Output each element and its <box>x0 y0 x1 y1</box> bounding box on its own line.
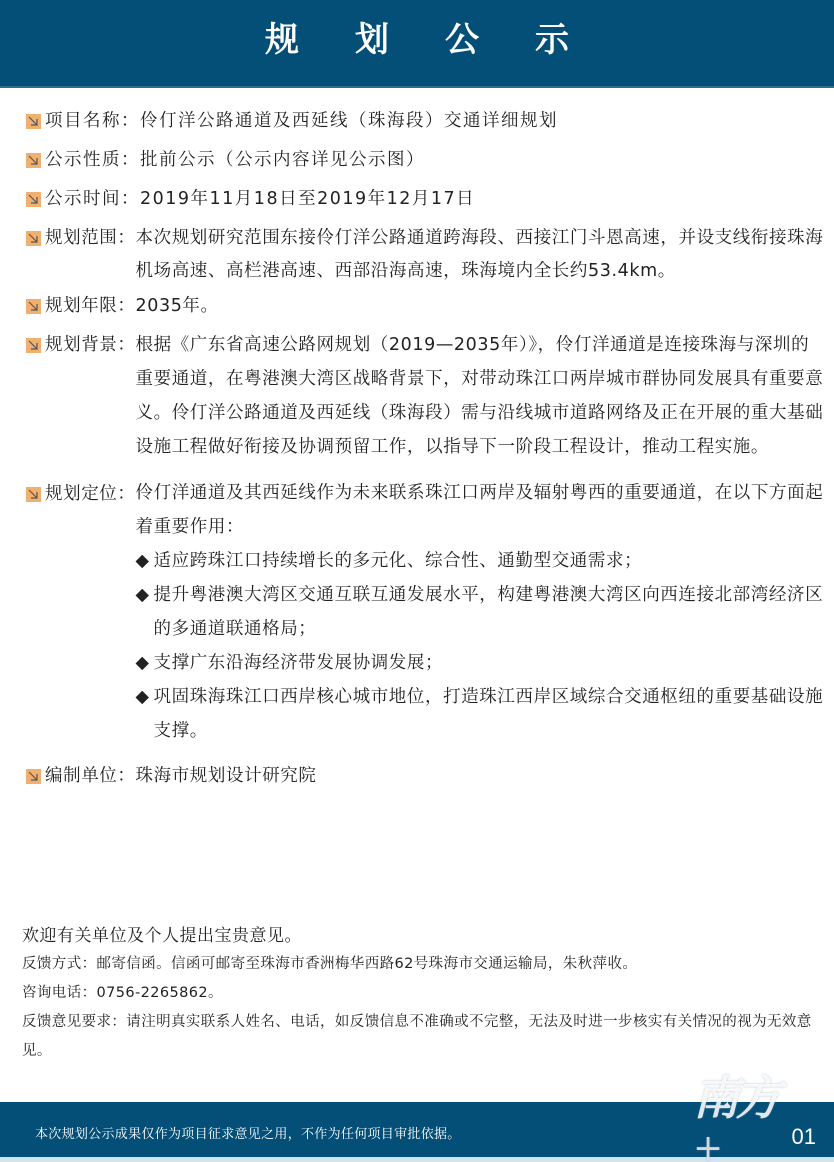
item-value-block: 伶仃洋通道及其西延线作为未来联系珠江口两岸及辐射粤西的重要通道，在以下方面起着重… <box>136 476 827 748</box>
item-value: 珠海市规划设计研究院 <box>136 758 827 794</box>
bullet-item: ◆ 巩固珠海珠江口西岸核心城市地位，打造珠江西岸区域综合交通枢纽的重要基础设施支… <box>136 680 827 748</box>
bullet-text: 适应跨珠江口持续增长的多元化、综合性、通勤型交通需求； <box>154 544 827 578</box>
arrow-marker-icon <box>26 769 41 784</box>
plus-icon: + <box>693 1128 719 1162</box>
item-planning-scope: 规划范围： 本次规划研究范围东接伶仃洋公路通道跨海段、西接江门斗恩高速，并设支线… <box>26 220 826 288</box>
item-value: 根据《广东省高速公路网规划（2019—2035年）》，伶仃洋通道是连接珠海与深圳… <box>136 327 827 464</box>
item-value: 本次规划研究范围东接伶仃洋公路通道跨海段、西接江门斗恩高速，并设支线衔接珠海机场… <box>136 220 827 288</box>
item-planning-background: 规划背景： 根据《广东省高速公路网规划（2019—2035年）》，伶仃洋通道是连… <box>26 327 826 464</box>
item-label: 规划范围： <box>45 220 136 256</box>
item-label: 公示性质： <box>45 142 140 178</box>
bullet-text: 支撑广东沿海经济带发展协调发展； <box>154 646 827 680</box>
arrow-marker-icon <box>26 153 41 168</box>
bullet-item: ◆ 支撑广东沿海经济带发展协调发展； <box>136 646 827 680</box>
item-project-name: 项目名称： 伶仃洋公路通道及西延线（珠海段）交通详细规划 <box>26 103 826 139</box>
feedback-requirements: 反馈意见要求：请注明真实联系人姓名、电话，如反馈信息不准确或不完整，无法及时进一… <box>22 1008 812 1066</box>
item-value: 2019年11月18日至2019年12月17日 <box>140 181 826 217</box>
page-title: 规划公示 <box>265 12 625 61</box>
item-notice-period: 公示时间： 2019年11月18日至2019年12月17日 <box>26 181 826 217</box>
arrow-marker-icon <box>26 231 41 246</box>
welcome-text: 欢迎有关单位及个人提出宝贵意见。 <box>22 922 812 950</box>
item-planning-positioning: 规划定位： 伶仃洋通道及其西延线作为未来联系珠江口两岸及辐射粤西的重要通道，在以… <box>26 476 826 748</box>
item-value: 2035年。 <box>136 288 827 324</box>
consult-phone: 咨询电话：0756-2265862。 <box>22 979 812 1008</box>
item-value: 伶仃洋通道及其西延线作为未来联系珠江口两岸及辐射粤西的重要通道，在以下方面起着重… <box>136 476 827 544</box>
diamond-bullet-icon: ◆ <box>136 544 154 578</box>
nanfang-plus-watermark-logo: 南方+ <box>693 1062 803 1132</box>
feedback-method: 反馈方式：邮寄信函。信函可邮寄至珠海市香洲梅华西路62号珠海市交通运输局，朱秋萍… <box>22 950 812 979</box>
diamond-bullet-icon: ◆ <box>136 578 154 646</box>
watermark-text: 南方 <box>693 1071 777 1125</box>
arrow-marker-icon <box>26 338 41 353</box>
item-label: 公示时间： <box>45 181 140 217</box>
arrow-marker-icon <box>26 192 41 207</box>
bullet-text: 巩固珠海珠江口西岸核心城市地位，打造珠江西岸区域综合交通枢纽的重要基础设施支撑。 <box>154 680 827 748</box>
item-label: 编制单位： <box>45 758 136 794</box>
item-notice-nature: 公示性质： 批前公示（公示内容详见公示图） <box>26 142 826 178</box>
footer-disclaimer: 本次规划公示成果仅作为项目征求意见之用，不作为任何项目审批依据。 <box>35 1123 461 1142</box>
feedback-notes: 欢迎有关单位及个人提出宝贵意见。 反馈方式：邮寄信函。信函可邮寄至珠海市香洲梅华… <box>22 922 812 1066</box>
arrow-marker-icon <box>26 487 41 502</box>
arrow-marker-icon <box>26 299 41 314</box>
item-label: 规划年限： <box>45 288 136 324</box>
item-planning-horizon: 规划年限： 2035年。 <box>26 288 826 324</box>
diamond-bullet-icon: ◆ <box>136 646 154 680</box>
notice-content: 项目名称： 伶仃洋公路通道及西延线（珠海段）交通详细规划 公示性质： 批前公示（… <box>26 103 826 794</box>
item-label: 规划背景： <box>45 327 136 363</box>
bullet-text: 提升粤港澳大湾区交通互联互通发展水平，构建粤港澳大湾区向西连接北部湾经济区的多通… <box>154 578 827 646</box>
item-value: 伶仃洋公路通道及西延线（珠海段）交通详细规划 <box>140 103 826 139</box>
diamond-bullet-icon: ◆ <box>136 680 154 748</box>
item-label: 项目名称： <box>45 103 140 139</box>
item-value: 批前公示（公示内容详见公示图） <box>140 142 826 178</box>
bullet-item: ◆ 提升粤港澳大湾区交通互联互通发展水平，构建粤港澳大湾区向西连接北部湾经济区的… <box>136 578 827 646</box>
arrow-marker-icon <box>26 114 41 129</box>
page-header: 规划公示 <box>0 0 834 88</box>
item-compiling-unit: 编制单位： 珠海市规划设计研究院 <box>26 758 826 794</box>
item-label: 规划定位： <box>45 476 136 512</box>
bullet-item: ◆ 适应跨珠江口持续增长的多元化、综合性、通勤型交通需求； <box>136 544 827 578</box>
